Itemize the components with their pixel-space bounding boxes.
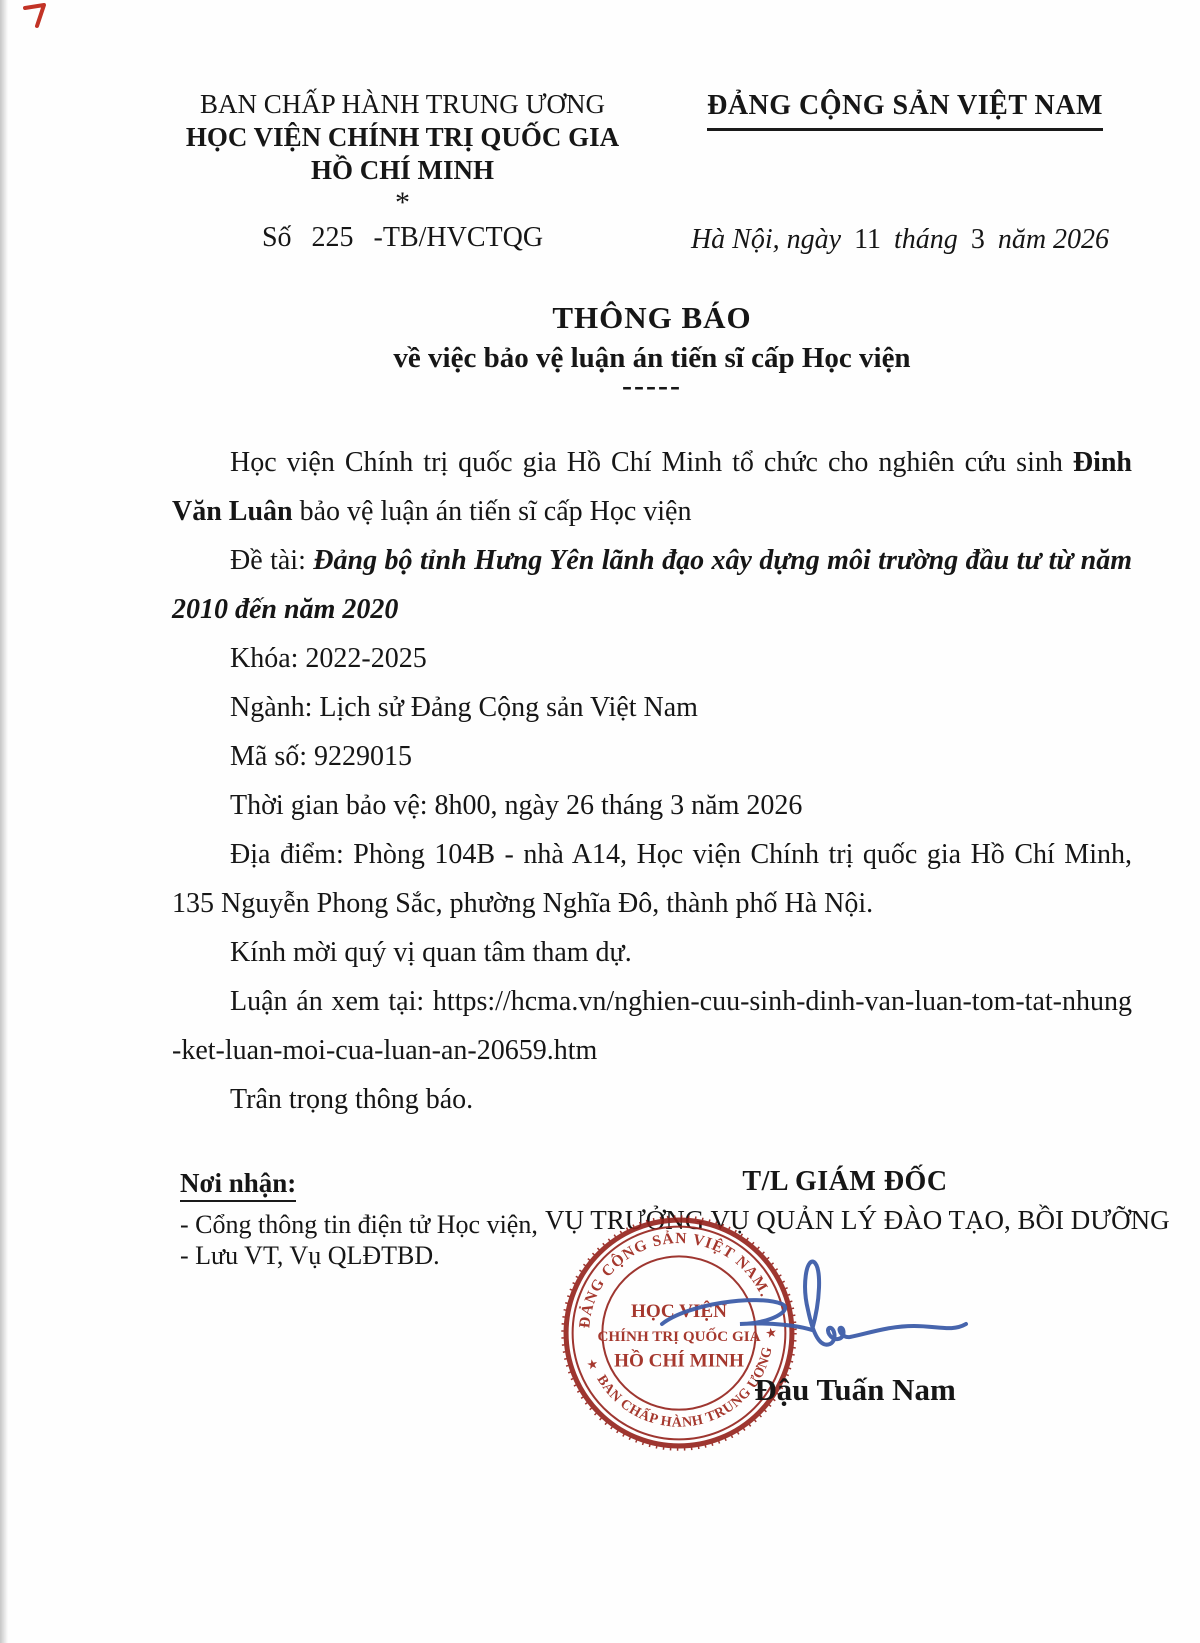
party-motto: ĐẢNG CỘNG SẢN VIỆT NAM — [707, 90, 1103, 131]
line-closing: Trân trọng thông báo. — [172, 1075, 1132, 1124]
handwritten-signature — [642, 1244, 982, 1362]
doc-no-suffix: -TB/HVCTQG — [374, 222, 544, 253]
official-announcement-document: BAN CHẤP HÀNH TRUNG ƯƠNG HỌC VIỆN CHÍNH … — [0, 0, 1200, 1643]
paragraph-topic: Đề tài: Đảng bộ tỉnh Hưng Yên lãnh đạo x… — [172, 536, 1132, 634]
document-body: Học viện Chính trị quốc gia Hồ Chí Minh … — [172, 438, 1132, 1124]
intro-text: Học viện Chính trị quốc gia Hồ Chí Minh … — [230, 447, 1073, 478]
place-date-line: Hà Nội, ngày11tháng3năm 2026 — [640, 224, 1160, 256]
date-year: năm 2026 — [998, 224, 1109, 255]
red-pen-corner-mark — [22, 2, 58, 32]
recipient-item: - Cổng thông tin điện tử Học viện, — [180, 1209, 538, 1240]
signer-name: Đậu Tuấn Nam — [700, 1372, 1010, 1408]
line-defense-time: Thời gian bảo vệ: 8h00, ngày 26 tháng 3 … — [172, 781, 1132, 830]
intro-tail: bảo vệ luận án tiến sĩ cấp Học viện — [293, 496, 692, 527]
party-motto-block: ĐẢNG CỘNG SẢN VIỆT NAM — [655, 90, 1155, 131]
org-parent: BAN CHẤP HÀNH TRUNG ƯƠNG — [175, 88, 630, 121]
org-name-line1: HỌC VIỆN CHÍNH TRỊ QUỐC GIA — [175, 121, 630, 154]
date-prefix: Hà Nội, ngày — [691, 224, 841, 255]
line-invitation: Kính mời quý vị quan tâm tham dự. — [172, 928, 1132, 977]
date-month-label: tháng — [894, 224, 958, 255]
line-code: Mã số: 9229015 — [172, 732, 1132, 781]
paragraph-link: Luận án xem tại: https://hcma.vn/nghien-… — [172, 977, 1132, 1075]
signer-authority: T/L GIÁM ĐỐC — [545, 1166, 1145, 1198]
paragraph-intro: Học viện Chính trị quốc gia Hồ Chí Minh … — [172, 438, 1132, 536]
scan-edge-shadow — [0, 0, 8, 1643]
star-separator: * — [175, 190, 630, 216]
topic-label: Đề tài: — [230, 545, 313, 576]
org-name-line2: HỒ CHÍ MINH — [175, 154, 630, 187]
line-location: Địa điểm: Phòng 104B - nhà A14, Học viện… — [172, 830, 1132, 928]
recipients-block: Nơi nhận: - Cổng thông tin điện tử Học v… — [180, 1168, 538, 1271]
doc-no-label: Số — [262, 222, 292, 253]
doc-no-value: 225 — [312, 222, 354, 254]
line-course: Khóa: 2022-2025 — [172, 634, 1132, 683]
recipient-item: - Lưu VT, Vụ QLĐTBD. — [180, 1240, 538, 1271]
document-title: THÔNG BÁO — [172, 300, 1132, 336]
stamp-star-left-icon: ★ — [585, 1356, 599, 1373]
issuing-org-block: BAN CHẤP HÀNH TRUNG ƯƠNG HỌC VIỆN CHÍNH … — [175, 88, 630, 216]
recipients-label: Nơi nhận: — [180, 1168, 296, 1202]
link-label: Luận án xem tại: — [230, 986, 433, 1017]
title-block: THÔNG BÁO về việc bảo vệ luận án tiến sĩ… — [172, 300, 1132, 397]
document-number-line: Số225-TB/HVCTQG — [175, 222, 630, 254]
date-day: 11 — [854, 224, 881, 256]
title-divider: ----- — [172, 375, 1132, 397]
date-month: 3 — [971, 224, 985, 256]
line-major: Ngành: Lịch sử Đảng Cộng sản Việt Nam — [172, 683, 1132, 732]
topic-title: Đảng bộ tỉnh Hưng Yên lãnh đạo xây dựng … — [172, 545, 1132, 625]
